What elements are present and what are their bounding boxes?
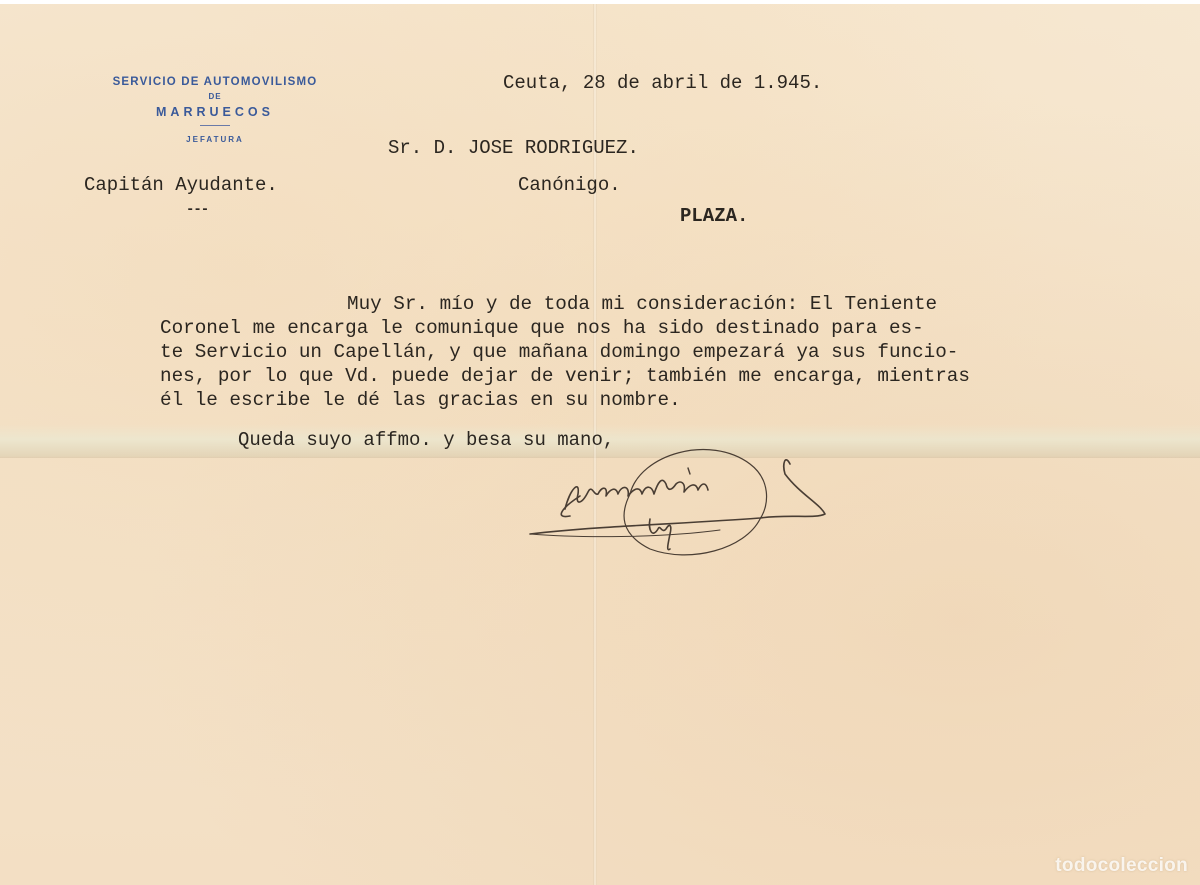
letterhead-marruecos: MARRUECOS xyxy=(80,105,350,119)
signature-icon xyxy=(520,434,840,574)
recipient-name: Sr. D. JOSE RODRIGUEZ. xyxy=(388,137,639,159)
letterhead-service: SERVICIO DE AUTOMOVILISMO xyxy=(80,76,350,88)
letterhead-rule xyxy=(200,125,230,126)
recipient-title: Canónigo. xyxy=(518,174,621,196)
letterhead: SERVICIO DE AUTOMOVILISMO DE MARRUECOS J… xyxy=(80,76,350,144)
letterhead-de: DE xyxy=(80,92,350,101)
letterhead-jefatura: JEFATURA xyxy=(80,135,350,144)
sender-dashes: --- xyxy=(186,202,208,218)
sender-position: Capitán Ayudante. xyxy=(84,174,278,196)
letter-paper: SERVICIO DE AUTOMOVILISMO DE MARRUECOS J… xyxy=(0,4,1200,885)
date-line: Ceuta, 28 de abril de 1.945. xyxy=(503,72,822,94)
watermark: todocoleccion xyxy=(1055,855,1188,877)
body-line-5: él le escribe le dé las gracias en su no… xyxy=(160,389,681,411)
body-line-1: Muy Sr. mío y de toda mi consideración: … xyxy=(347,293,937,315)
body-line-3: te Servicio un Capellán, y que mañana do… xyxy=(160,341,958,363)
recipient-location: PLAZA. xyxy=(680,205,748,227)
body-line-4: nes, por lo que Vd. puede dejar de venir… xyxy=(160,365,970,387)
body-line-2: Coronel me encarga le comunique que nos … xyxy=(160,317,924,339)
